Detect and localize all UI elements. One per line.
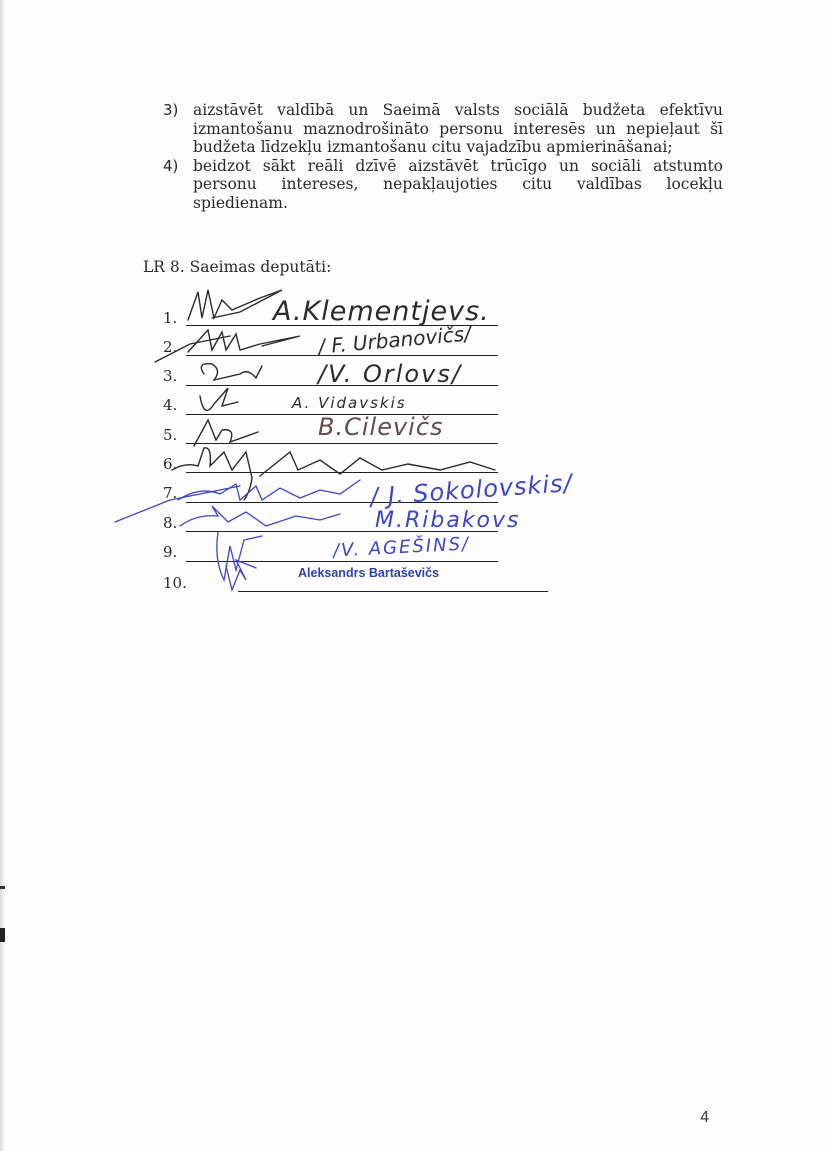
page-number: 4 [700,1108,710,1126]
signature-scrawls [0,0,831,1151]
